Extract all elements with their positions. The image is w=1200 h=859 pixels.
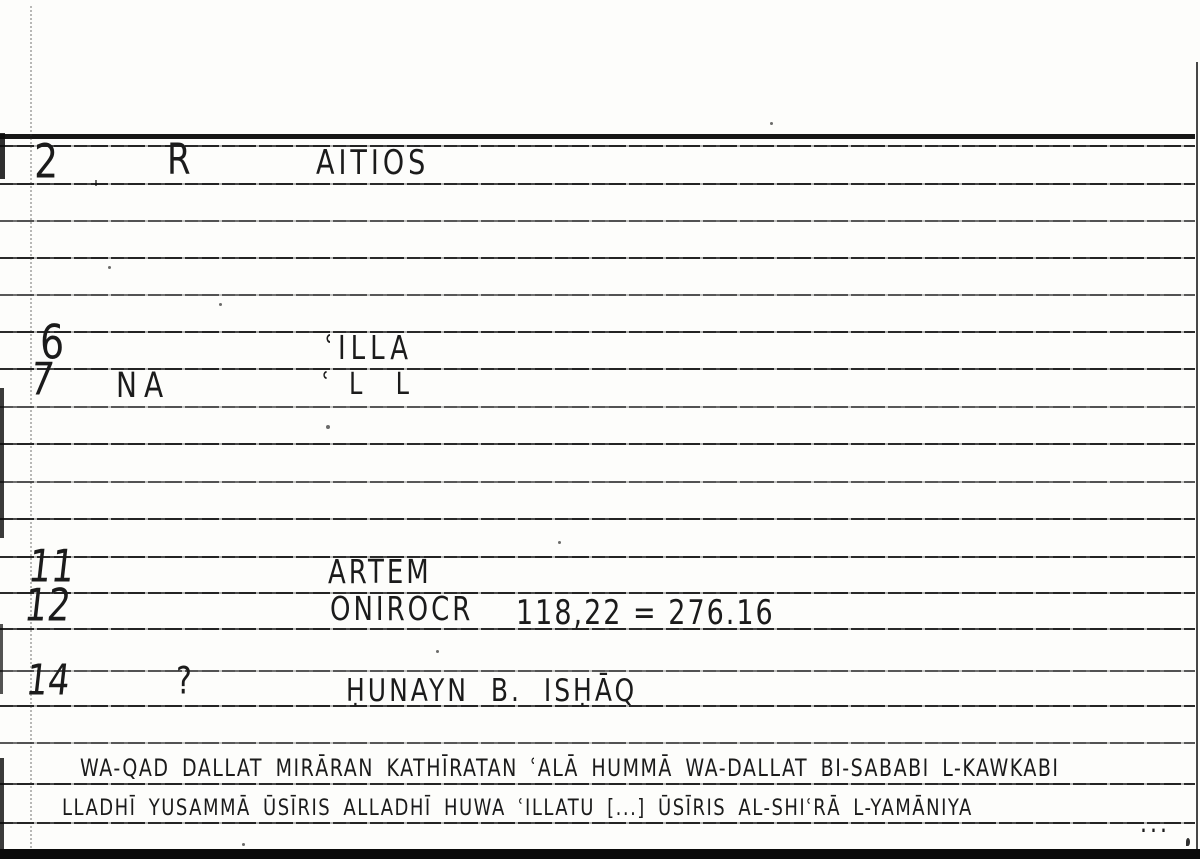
toner-speck — [770, 122, 773, 125]
scanned-index-card: 2 R AITIOS 6 ʿILLA 7 NA ʿ L L 11 ARTEM 1… — [0, 0, 1200, 859]
entry-7-title: ʿ L L — [322, 369, 415, 399]
note-trailing-ellipsis: ... — [1140, 811, 1170, 839]
entry-2-number: 2 — [34, 138, 58, 186]
entry-14-title: ḤUNAYN B. ISḤĀQ — [346, 675, 637, 706]
ruled-line — [0, 220, 1195, 222]
ruled-line — [0, 257, 1195, 259]
entry-2-siglum: R — [167, 139, 191, 182]
entry-12-number: 12 — [22, 584, 73, 629]
entry-6-title: ʿILLA — [325, 333, 413, 366]
ruled-line — [0, 742, 1195, 744]
ruled-line — [0, 556, 1195, 558]
entry-14-siglum: ? — [176, 664, 192, 702]
ruled-line — [0, 368, 1195, 370]
ruled-line — [0, 822, 1195, 824]
scan-artifact-right-edge — [1196, 62, 1198, 849]
ruled-line — [0, 481, 1195, 483]
toner-speck — [108, 266, 111, 269]
ruled-line — [0, 406, 1195, 408]
entry-7-siglum: NA — [116, 368, 170, 403]
margin-line — [30, 6, 32, 848]
toner-speck — [326, 425, 330, 429]
ruled-line — [0, 294, 1195, 296]
ruled-line — [0, 783, 1195, 785]
toner-speck — [219, 303, 222, 306]
toner-speck — [242, 843, 245, 846]
scan-artifact-left-edge — [0, 624, 3, 694]
ruled-line — [0, 518, 1195, 520]
entry-11-title: ARTEM — [328, 557, 432, 590]
ruled-line — [0, 331, 1195, 333]
entry-14-number: 14 — [24, 660, 72, 703]
scan-artifact-bottom-edge — [0, 849, 1200, 859]
note-line-2: LLADHĪ YUSAMMĀ ŪSĪRIS ALLADHĪ HUWA ʿILLA… — [62, 798, 973, 821]
entry-12-title: ONIROCR — [330, 594, 473, 627]
scan-artifact-mark — [1186, 838, 1190, 846]
toner-speck — [436, 650, 439, 653]
entry-12-reference: 118,22 = 276.16 — [516, 596, 775, 630]
entry-7-number: 7 — [28, 358, 56, 403]
scan-artifact-left-edge — [0, 388, 4, 538]
toner-speck — [95, 180, 97, 186]
entry-2-title: AITIOS — [316, 146, 429, 180]
toner-speck — [558, 541, 561, 544]
note-line-1: WA-QAD DALLAT MIRĀRAN KATHĪRATAN ʿALĀ HU… — [80, 757, 1060, 781]
scan-artifact-left-edge — [0, 758, 4, 850]
scan-artifact-left-edge — [0, 133, 5, 179]
ruled-line — [0, 443, 1195, 445]
